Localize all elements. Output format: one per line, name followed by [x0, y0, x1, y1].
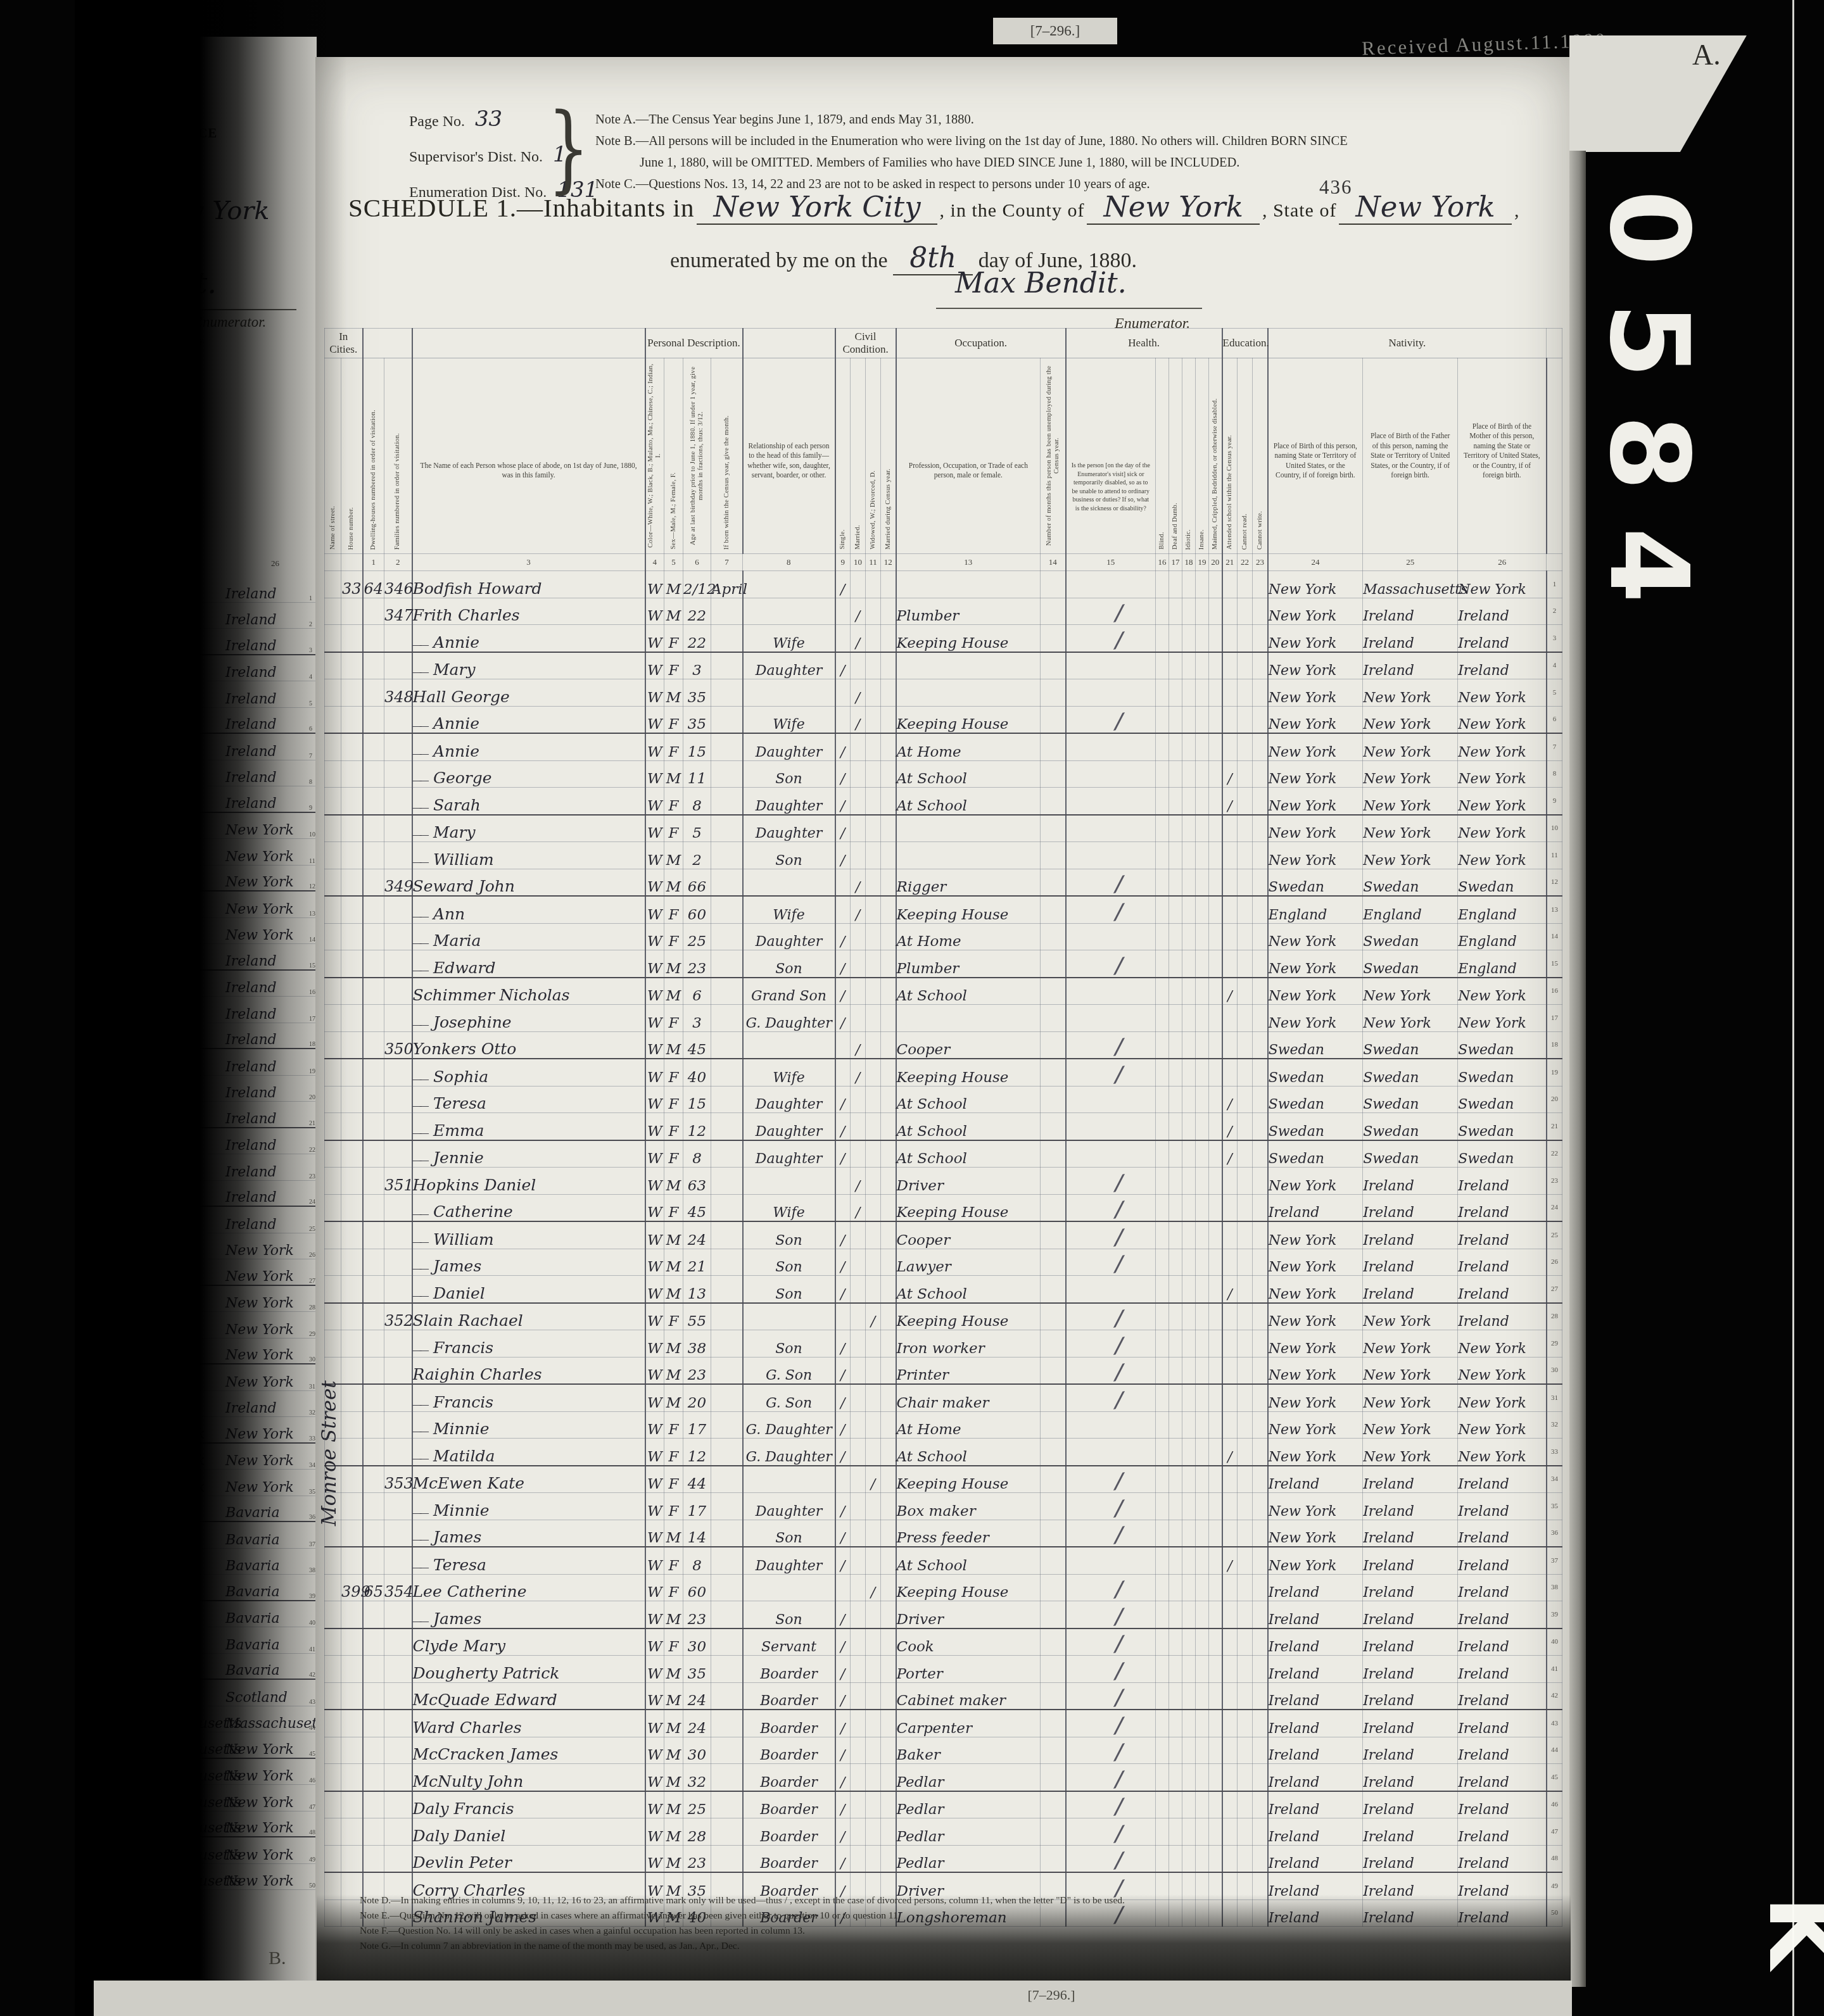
cell-name: ——George — [412, 760, 645, 788]
cell-married — [851, 1005, 866, 1032]
cell-age: 60 — [683, 896, 711, 923]
cell-color: W — [645, 788, 664, 815]
cell-name: Clyde Mary — [412, 1629, 645, 1656]
cell-deaf-dumb — [1169, 1737, 1182, 1764]
cell-family-number — [384, 733, 412, 760]
cell-family-number — [384, 1276, 412, 1303]
cell-dwelling-number — [363, 598, 384, 625]
prev-page-row: BavariaBavaria36 — [81, 1496, 317, 1523]
cell-family-number: 352 — [384, 1303, 412, 1330]
cell-sex: F — [664, 923, 683, 950]
cell-married — [851, 1086, 866, 1113]
cell-relationship: Son — [743, 842, 835, 869]
cell-family-number — [384, 1086, 412, 1113]
cell-street — [325, 1493, 341, 1520]
cell-line-number: 12 — [1547, 869, 1562, 896]
cell-single: / — [835, 923, 851, 950]
cell-house-number — [341, 760, 363, 788]
prev-mother-birthplace: New York — [225, 1427, 307, 1442]
cell-sickness — [1066, 1140, 1156, 1168]
cell-age: 11 — [683, 760, 711, 788]
cell-months-unemployed — [1041, 1791, 1066, 1818]
cell-family-number — [384, 1194, 412, 1221]
cell-relationship: Servant — [743, 1629, 835, 1656]
table-row: ——JennieWF8Daughter/At School/SwedanSwed… — [325, 1140, 1562, 1168]
cell-name: ——Ann — [412, 896, 645, 923]
cell-blind — [1156, 1493, 1169, 1520]
prev-page-row: IrelandIreland7 — [81, 734, 317, 760]
prev-page-born-since-fragment: ren BORN SINCE — [104, 125, 217, 141]
cell-birthplace: Swedan — [1268, 1140, 1363, 1168]
cell-sickness: / — [1066, 1764, 1156, 1791]
cell-relationship: G. Son — [743, 1357, 835, 1384]
cell-attended-school: / — [1222, 1113, 1238, 1140]
cell-age: 17 — [683, 1411, 711, 1439]
prev-father-birthplace: Ireland — [137, 1375, 225, 1390]
cell-father-birthplace: Ireland — [1363, 1194, 1458, 1221]
cell-relationship: Son — [743, 1221, 835, 1249]
cell-blind — [1156, 1276, 1169, 1303]
group-personal: Personal Description. — [645, 329, 743, 358]
cell-single — [835, 598, 851, 625]
cell-maimed — [1209, 1059, 1222, 1086]
cell-single: / — [835, 842, 851, 869]
cell-married — [851, 733, 866, 760]
cell-birthplace: New York — [1268, 652, 1363, 679]
cell-attended-school — [1222, 652, 1238, 679]
cell-blind — [1156, 1601, 1169, 1629]
cell-occupation: Keeping House — [896, 1574, 1041, 1601]
cell-sickness — [1066, 571, 1156, 598]
cell-birthplace: New York — [1268, 788, 1363, 815]
cell-line-number: 38 — [1547, 1574, 1562, 1601]
prev-page-row: IrelandNew York27 — [81, 1259, 317, 1286]
prev-father-birthplace: Ireland — [137, 1217, 225, 1233]
cell-idiotic — [1182, 1005, 1196, 1032]
prev-page-row: IrelandIreland1 — [81, 576, 317, 603]
cell-line-number: 24 — [1547, 1194, 1562, 1221]
cell-months-unemployed — [1041, 896, 1066, 923]
cell-maimed — [1209, 1466, 1222, 1493]
prev-page-row: IrelandIreland19 — [81, 1049, 317, 1076]
cell-married-census-year — [881, 1194, 896, 1221]
cell-cannot-write — [1253, 1140, 1268, 1168]
prev-line-number: 9 — [309, 805, 312, 812]
cell-relationship: Son — [743, 950, 835, 978]
cell-cannot-read — [1238, 978, 1253, 1005]
cell-maimed — [1209, 760, 1222, 788]
prev-line-number: 41 — [309, 1646, 315, 1653]
cell-widowed: / — [866, 1574, 881, 1601]
table-row: Clyde MaryWF30Servant/Cook/IrelandIrelan… — [325, 1629, 1562, 1656]
cell-idiotic — [1182, 1710, 1196, 1737]
cell-blind — [1156, 869, 1169, 896]
cell-months-unemployed — [1041, 1194, 1066, 1221]
cell-cannot-write — [1253, 1113, 1268, 1140]
cell-house-number — [341, 1276, 363, 1303]
cell-street — [325, 1439, 341, 1466]
cell-cannot-write — [1253, 652, 1268, 679]
schedule-mid2: , State of — [1262, 200, 1336, 221]
cell-widowed — [866, 788, 881, 815]
cell-insane — [1196, 1737, 1209, 1764]
cell-age: 17 — [683, 1493, 711, 1520]
col-street-header: Name of street. — [325, 358, 341, 554]
prev-page-row: IrelandNew York13 — [81, 891, 317, 918]
cell-occupation: Keeping House — [896, 1059, 1041, 1086]
column-number: 9 — [835, 554, 851, 571]
col-10-header: Married. — [851, 358, 866, 554]
cell-relationship: G. Daughter — [743, 1439, 835, 1466]
cell-idiotic — [1182, 1411, 1196, 1439]
prev-line-number: 24 — [309, 1199, 315, 1206]
cell-maimed — [1209, 625, 1222, 652]
prev-page-row: MassachusettsMassachusetts44 — [81, 1706, 317, 1733]
table-row: ——JosephineWF3G. Daughter/New YorkNew Yo… — [325, 1005, 1562, 1032]
cell-sex: F — [664, 1493, 683, 1520]
cell-family-number — [384, 1330, 412, 1358]
cell-months-unemployed — [1041, 1710, 1066, 1737]
cell-maimed — [1209, 815, 1222, 842]
cell-insane — [1196, 1005, 1209, 1032]
prev-mother-birthplace: Ireland — [225, 1164, 307, 1180]
col-8-header: Relationship of each person to the head … — [743, 358, 835, 554]
cell-birthplace: New York — [1268, 679, 1363, 707]
cell-name: McNulty John — [412, 1764, 645, 1791]
cell-line-number: 29 — [1547, 1330, 1562, 1358]
cell-father-birthplace: Swedan — [1363, 1059, 1458, 1086]
cell-dwelling-number — [363, 1411, 384, 1439]
cell-blind — [1156, 1140, 1169, 1168]
cell-dwelling-number — [363, 1384, 384, 1411]
cell-family-number — [384, 1384, 412, 1411]
cell-sex: M — [664, 1601, 683, 1629]
column-number: 14 — [1041, 554, 1066, 571]
cell-birth-month — [711, 1764, 743, 1791]
cell-mother-birthplace: New York — [1458, 842, 1547, 869]
cell-maimed — [1209, 1656, 1222, 1683]
cell-color: W — [645, 1818, 664, 1846]
cell-house-number — [341, 1656, 363, 1683]
cell-relationship — [743, 1466, 835, 1493]
cell-street — [325, 1818, 341, 1846]
cell-occupation — [896, 652, 1041, 679]
prev-father-birthplace: Ireland — [137, 902, 225, 917]
prev-father-birthplace: New York — [137, 1480, 225, 1496]
cell-single: / — [835, 1520, 851, 1547]
cell-color: W — [645, 978, 664, 1005]
cell-married-census-year — [881, 1547, 896, 1574]
cell-cannot-read — [1238, 1086, 1253, 1113]
prev-page-row: BavariaBavaria40 — [81, 1601, 317, 1628]
cell-cannot-read — [1238, 1303, 1253, 1330]
cell-family-number — [384, 1710, 412, 1737]
cell-single: / — [835, 1357, 851, 1384]
cell-months-unemployed — [1041, 1276, 1066, 1303]
cell-married-census-year — [881, 571, 896, 598]
cell-maimed — [1209, 1276, 1222, 1303]
cell-widowed — [866, 869, 881, 896]
table-row: ——AnnieWF35Wife/Keeping House/New YorkNe… — [325, 706, 1562, 733]
cell-deaf-dumb — [1169, 1357, 1182, 1384]
cell-father-birthplace: Ireland — [1363, 1682, 1458, 1710]
cell-age: 23 — [683, 1845, 711, 1872]
cell-house-number — [341, 1140, 363, 1168]
cell-family-number — [384, 1547, 412, 1574]
prev-page-col-25: 25 — [182, 558, 191, 569]
cell-street — [325, 950, 341, 978]
cell-age: 35 — [683, 1656, 711, 1683]
cell-dwelling-number — [363, 679, 384, 707]
cell-months-unemployed — [1041, 733, 1066, 760]
cell-attended-school — [1222, 625, 1238, 652]
cell-color: W — [645, 1710, 664, 1737]
cell-sickness: / — [1066, 1384, 1156, 1411]
cell-mother-birthplace: Ireland — [1458, 1845, 1547, 1872]
cell-sickness — [1066, 923, 1156, 950]
cell-blind — [1156, 1791, 1169, 1818]
cell-sickness: / — [1066, 1791, 1156, 1818]
cell-line-number: 44 — [1547, 1737, 1562, 1764]
cell-occupation: Pedlar — [896, 1764, 1041, 1791]
cell-street — [325, 1276, 341, 1303]
prev-father-birthplace: Ireland — [137, 954, 225, 969]
cell-deaf-dumb — [1169, 1845, 1182, 1872]
cell-relationship: Daughter — [743, 652, 835, 679]
cell-name: Schimmer Nicholas — [412, 978, 645, 1005]
cell-cannot-write — [1253, 1005, 1268, 1032]
cell-birthplace: Swedan — [1268, 1086, 1363, 1113]
cell-street — [325, 1168, 341, 1195]
cell-line-number: 1 — [1547, 571, 1562, 598]
cell-attended-school — [1222, 1194, 1238, 1221]
cell-mother-birthplace: Ireland — [1458, 1629, 1547, 1656]
cell-maimed — [1209, 571, 1222, 598]
cell-name: ——William — [412, 1221, 645, 1249]
col-25-header: Place of Birth of the Father of this per… — [1363, 358, 1458, 554]
cell-father-birthplace: Ireland — [1363, 598, 1458, 625]
cell-cannot-write — [1253, 1493, 1268, 1520]
cell-idiotic — [1182, 1520, 1196, 1547]
prev-mother-birthplace: New York — [225, 1375, 307, 1390]
cell-birth-month — [711, 1140, 743, 1168]
cell-blind — [1156, 1031, 1169, 1059]
cell-sex: F — [664, 1303, 683, 1330]
cell-age: 35 — [683, 679, 711, 707]
cell-months-unemployed — [1041, 706, 1066, 733]
cell-occupation: Cooper — [896, 1031, 1041, 1059]
cell-family-number — [384, 1845, 412, 1872]
cell-line-number: 14 — [1547, 923, 1562, 950]
prev-line-number: 48 — [309, 1829, 315, 1836]
cell-widowed — [866, 1168, 881, 1195]
prev-mother-birthplace: Ireland — [225, 612, 307, 628]
cell-mother-birthplace: Ireland — [1458, 1791, 1547, 1818]
cell-street — [325, 1086, 341, 1113]
cell-occupation: Pedlar — [896, 1845, 1041, 1872]
bottom-left-mark-b: B. — [269, 1948, 286, 1969]
cell-widowed — [866, 1845, 881, 1872]
cell-widowed — [866, 1276, 881, 1303]
cell-blind — [1156, 1629, 1169, 1656]
table-row: ——MinnieWF17G. Daughter/At HomeNew YorkN… — [325, 1411, 1562, 1439]
cell-street — [325, 1601, 341, 1629]
cell-sex: F — [664, 1411, 683, 1439]
cell-idiotic — [1182, 923, 1196, 950]
cell-color: W — [645, 1439, 664, 1466]
cell-dwelling-number — [363, 625, 384, 652]
cell-birth-month: April — [711, 571, 743, 598]
prev-mother-birthplace: New York — [225, 1480, 307, 1496]
prev-mother-birthplace: Bavaria — [225, 1663, 307, 1679]
cell-relationship: Wife — [743, 1194, 835, 1221]
prev-father-birthplace: New York — [137, 1453, 225, 1469]
cell-insane — [1196, 788, 1209, 815]
prev-mother-birthplace: Massachusetts — [225, 1716, 307, 1732]
cell-name: ——Jennie — [412, 1140, 645, 1168]
cell-sex: M — [664, 571, 683, 598]
cell-color: W — [645, 1005, 664, 1032]
cell-age: 23 — [683, 950, 711, 978]
cell-single: / — [835, 1086, 851, 1113]
cell-occupation: Rigger — [896, 869, 1041, 896]
cell-street — [325, 760, 341, 788]
cell-maimed — [1209, 1737, 1222, 1764]
prev-page-row: IrelandIreland9 — [81, 786, 317, 813]
cell-birthplace: New York — [1268, 842, 1363, 869]
cell-age: 3 — [683, 652, 711, 679]
cell-attended-school — [1222, 950, 1238, 978]
cell-name: Dougherty Patrick — [412, 1656, 645, 1683]
cell-occupation: Keeping House — [896, 1303, 1041, 1330]
cell-attended-school — [1222, 1520, 1238, 1547]
cell-months-unemployed — [1041, 1357, 1066, 1384]
cell-sex: M — [664, 1520, 683, 1547]
prev-father-birthplace: Ireland — [137, 770, 225, 786]
prev-line-number: 5 — [309, 700, 312, 707]
cell-father-birthplace: Ireland — [1363, 1737, 1458, 1764]
prev-mother-birthplace: Ireland — [225, 1190, 307, 1206]
cell-married — [851, 1845, 866, 1872]
cell-cannot-write — [1253, 1574, 1268, 1601]
table-row: Ward CharlesWM24Boarder/Carpenter/Irelan… — [325, 1710, 1562, 1737]
cell-idiotic — [1182, 1031, 1196, 1059]
cell-maimed — [1209, 1845, 1222, 1872]
cell-father-birthplace: New York — [1363, 842, 1458, 869]
cell-birth-month — [711, 950, 743, 978]
cell-house-number — [341, 1113, 363, 1140]
cell-sex: M — [664, 1384, 683, 1411]
cell-blind — [1156, 1384, 1169, 1411]
cell-attended-school — [1222, 923, 1238, 950]
cell-father-birthplace: Swedan — [1363, 923, 1458, 950]
cell-maimed — [1209, 1601, 1222, 1629]
cell-idiotic — [1182, 1601, 1196, 1629]
cell-birth-month — [711, 1249, 743, 1276]
cell-insane — [1196, 923, 1209, 950]
cell-family-number — [384, 1357, 412, 1384]
prev-line-number: 31 — [309, 1383, 315, 1390]
cell-insane — [1196, 1629, 1209, 1656]
cell-street — [325, 1031, 341, 1059]
cell-street — [325, 1411, 341, 1439]
cell-color: W — [645, 869, 664, 896]
cell-cannot-write — [1253, 1656, 1268, 1683]
cell-widowed — [866, 598, 881, 625]
prev-father-birthplace: Ireland — [137, 744, 225, 760]
cell-sex: M — [664, 1818, 683, 1846]
cell-mother-birthplace: Ireland — [1458, 1168, 1547, 1195]
cell-cannot-read — [1238, 869, 1253, 896]
cell-sickness — [1066, 1005, 1156, 1032]
cell-sex: F — [664, 1629, 683, 1656]
cell-cannot-read — [1238, 1031, 1253, 1059]
column-number: 20 — [1209, 554, 1222, 571]
table-row: McQuade EdwardWM24Boarder/Cabinet maker/… — [325, 1682, 1562, 1710]
cell-widowed: / — [866, 1303, 881, 1330]
cell-family-number — [384, 1682, 412, 1710]
cell-married-census-year — [881, 1249, 896, 1276]
cell-cannot-write — [1253, 950, 1268, 978]
table-row: 353McEwen KateWF44/Keeping House/Ireland… — [325, 1466, 1562, 1493]
cell-married-census-year — [881, 1411, 896, 1439]
cell-birthplace: New York — [1268, 1221, 1363, 1249]
cell-age: 23 — [683, 1357, 711, 1384]
cell-cannot-write — [1253, 571, 1268, 598]
cell-street — [325, 1764, 341, 1791]
cell-mother-birthplace: New York — [1458, 1384, 1547, 1411]
cell-line-number: 6 — [1547, 706, 1562, 733]
cell-occupation: Driver — [896, 1168, 1041, 1195]
cell-widowed — [866, 1493, 881, 1520]
cell-age: 24 — [683, 1682, 711, 1710]
cell-house-number — [341, 733, 363, 760]
col-24-header: Place of Birth of this person, naming St… — [1268, 358, 1363, 554]
cell-sex: F — [664, 1086, 683, 1113]
cell-cannot-read — [1238, 1168, 1253, 1195]
cell-family-number — [384, 1601, 412, 1629]
cell-attended-school — [1222, 1845, 1238, 1872]
film-frame-number: 0584 — [1585, 190, 1713, 760]
table-row: ——FrancisWM20G. Son/Chair maker/New York… — [325, 1384, 1562, 1411]
cell-relationship: Wife — [743, 896, 835, 923]
cell-father-birthplace: Swedan — [1363, 950, 1458, 978]
cell-birthplace: New York — [1268, 1276, 1363, 1303]
cell-street — [325, 1791, 341, 1818]
cell-months-unemployed — [1041, 760, 1066, 788]
cell-line-number: 7 — [1547, 733, 1562, 760]
cell-birth-month — [711, 1845, 743, 1872]
prev-father-birthplace: Ireland — [137, 586, 225, 602]
cell-relationship: Son — [743, 760, 835, 788]
cell-deaf-dumb — [1169, 760, 1182, 788]
prev-line-number: 46 — [309, 1777, 315, 1784]
cell-name: ——Teresa — [412, 1547, 645, 1574]
cell-occupation: At School — [896, 1086, 1041, 1113]
cell-married-census-year — [881, 1466, 896, 1493]
prev-line-number: 8 — [309, 779, 312, 786]
col-26-header: Place of Birth of the Mother of this per… — [1458, 358, 1547, 554]
cell-attended-school: / — [1222, 1547, 1238, 1574]
cell-line-number: 37 — [1547, 1547, 1562, 1574]
cell-single: / — [835, 1845, 851, 1872]
cell-sickness — [1066, 679, 1156, 707]
cell-mother-birthplace: Ireland — [1458, 1818, 1547, 1846]
cell-single — [835, 625, 851, 652]
group-civil: Civil Condition. — [835, 329, 896, 358]
cell-line-number: 43 — [1547, 1710, 1562, 1737]
cell-attended-school — [1222, 1574, 1238, 1601]
